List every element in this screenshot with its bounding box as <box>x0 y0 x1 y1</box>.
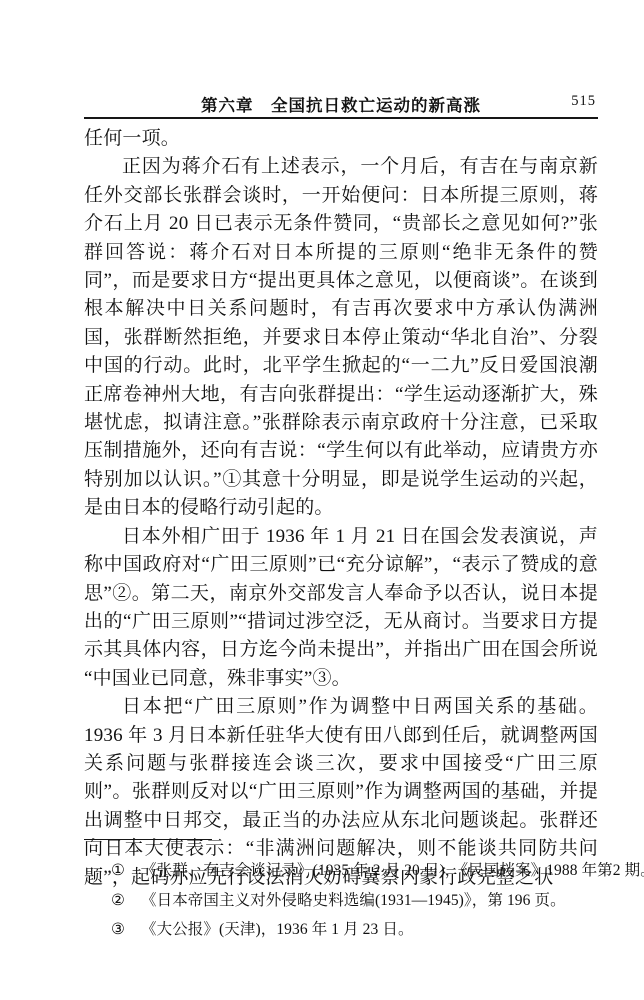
footnote-1-marker: ① <box>84 856 141 886</box>
paragraph-continuation: 任何一项。 <box>84 125 598 153</box>
footnote-3-text: 《大公报》(天津)，1936 年 1 月 23 日。 <box>141 915 604 945</box>
footnote-2-marker: ② <box>84 886 141 916</box>
paragraph-hirota-diet-speech: 日本外相广田于 1936 年 1 月 21 日在国会发表演说，声称中国政府对“广… <box>84 523 598 693</box>
footnote-3-marker: ③ <box>84 915 141 945</box>
footnote-separator <box>84 839 212 840</box>
footnotes: ① 《张群、有吉会谈记录》(1935 年 2 月 20 日)，《民国档案》198… <box>84 856 604 945</box>
footnote-2: ② 《日本帝国主义对外侵略史料选编(1931—1945)》，第 196 页。 <box>84 886 604 916</box>
running-header: 第六章 全国抗日救亡运动的新高涨 515 <box>84 92 598 114</box>
body-text: 任何一项。 正因为蒋介石有上述表示，一个月后，有吉在与南京新任外交部长张群会谈时… <box>84 125 598 892</box>
page-number: 515 <box>571 93 596 110</box>
paragraph-zhangqun-ariyoshi-talks: 正因为蒋介石有上述表示，一个月后，有吉在与南京新任外交部长张群会谈时，一开始便问… <box>84 153 598 522</box>
footnote-2-text: 《日本帝国主义对外侵略史料选编(1931—1945)》，第 196 页。 <box>141 886 604 916</box>
header-rule <box>84 117 598 119</box>
footnote-1-text: 《张群、有吉会谈记录》(1935 年 2 月 20 日)，《民国档案》1988 … <box>141 856 644 886</box>
book-page: 第六章 全国抗日救亡运动的新高涨 515 任何一项。 正因为蒋介石有上述表示，一… <box>0 0 644 1000</box>
chapter-title: 第六章 全国抗日救亡运动的新高涨 <box>84 92 598 116</box>
footnote-3: ③ 《大公报》(天津)，1936 年 1 月 23 日。 <box>84 915 604 945</box>
footnote-1: ① 《张群、有吉会谈记录》(1935 年 2 月 20 日)，《民国档案》198… <box>84 856 604 886</box>
